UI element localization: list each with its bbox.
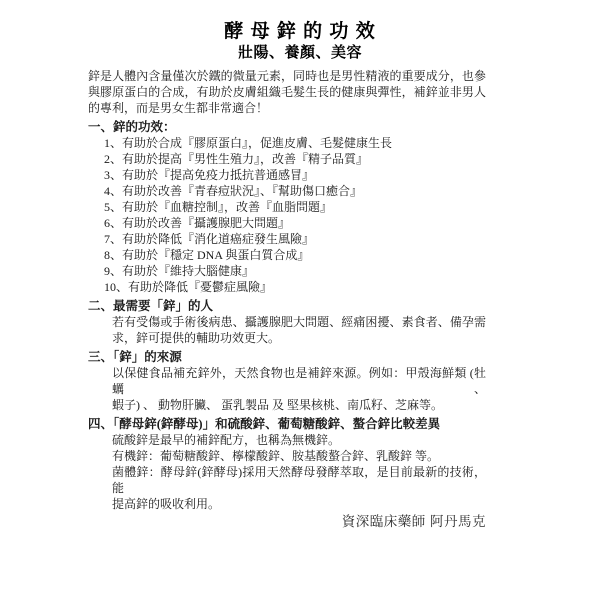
intro-line-1: 鋅是人體內含量僅次於鐵的微量元素，同時也是男性精液的重要成分，也參 <box>88 68 486 84</box>
section-4-line-2: 有機鋅：葡萄糖酸鋅、檸檬酸鋅、胺基酸螯合鋅、乳酸鋅 等。 <box>88 448 486 464</box>
section-4-heading: 四、「酵母鋅(鋅酵母)」和硫酸鋅、葡萄糖酸鋅、螯合鋅比較差異 <box>88 416 486 432</box>
list-item-9: 9、有助於『維持大腦健康』 <box>88 263 486 279</box>
section-4-line-4: 提高鋅的吸收利用。 <box>88 496 486 512</box>
intro-line-3: 的專利，而是男女生都非常適合！ <box>88 100 486 116</box>
section-1-heading: 一、鋅的功效： <box>88 119 486 135</box>
section-3-heading: 三、「鋅」的來源 <box>88 349 486 365</box>
list-item-2: 2、有助於提高『男性生殖力』，改善『精子品質』 <box>88 151 486 167</box>
list-item-8: 8、有助於『穩定 DNA 與蛋白質合成』 <box>88 247 486 263</box>
list-item-7: 7、有助於降低『消化道癌症發生風險』 <box>88 231 486 247</box>
author-signature: 資深臨床藥師 阿丹馬克 <box>88 514 486 530</box>
page-title: 酵 母 鋅 的 功 效 <box>0 21 600 42</box>
list-item-3: 3、有助於『提高免疫力抵抗普通感冒』 <box>88 167 486 183</box>
document-page: 酵 母 鋅 的 功 效 壯陽、養顏、美容 鋅是人體內含量僅次於鐵的微量元素，同時… <box>0 0 600 600</box>
title-block: 酵 母 鋅 的 功 效 壯陽、養顏、美容 <box>0 0 600 61</box>
list-item-4: 4、有助於改善『青春痘狀況』、『幫助傷口癒合』 <box>88 183 486 199</box>
section-4-line-3: 菌體鋅：酵母鋅(鋅酵母)採用天然酵母發酵萃取，是目前最新的技術，能 <box>88 464 486 496</box>
section-3-line-2: 蝦子) 、 動物肝臟、 蛋乳製品 及 堅果核桃、南瓜籽、芝麻等。 <box>88 397 486 413</box>
list-item-10: 10、有助於降低『憂鬱症風險』 <box>88 279 486 295</box>
list-item-6: 6、有助於改善『攝護腺肥大問題』 <box>88 215 486 231</box>
list-item-5: 5、有助於『血糖控制』，改善『血脂問題』 <box>88 199 486 215</box>
list-item-1: 1、有助於合成『膠原蛋白』，促進皮膚、毛髮健康生長 <box>88 135 486 151</box>
document-body: 鋅是人體內含量僅次於鐵的微量元素，同時也是男性精液的重要成分，也參 與膠原蛋白的… <box>88 68 486 530</box>
section-3-line-1: 以保健食品補充鋅外，天然食物也是補鋅來源。例如：甲殼海鮮類 (牡蠣、 <box>88 365 486 397</box>
section-2-line-2: 求，鋅可提供的輔助功效更大。 <box>88 330 486 346</box>
section-2-heading: 二、最需要「鋅」的人 <box>88 298 486 314</box>
intro-line-2: 與膠原蛋白的合成，有助於皮膚組織毛髮生長的健康與彈性，補鋅並非男人 <box>88 84 486 100</box>
page-subtitle: 壯陽、養顏、美容 <box>0 45 600 61</box>
section-4-line-1: 硫酸鋅是最早的補鋅配方，也稱為無機鋅。 <box>88 432 486 448</box>
section-2-line-1: 若有受傷或手術後病患、攝護腺肥大問題、經痛困擾、素食者、備孕需 <box>88 314 486 330</box>
